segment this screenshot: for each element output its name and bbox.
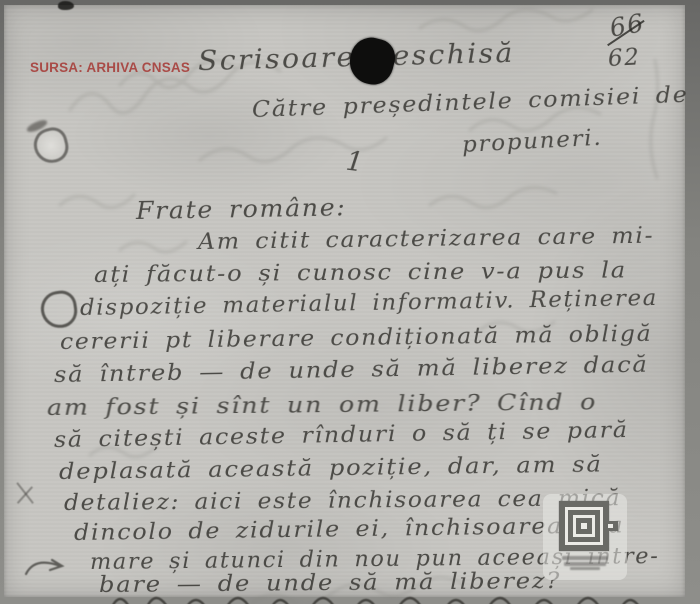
logo-center-dot	[581, 523, 587, 529]
nested-squares-archive-logo	[559, 501, 609, 551]
watermark-caption-illegible	[562, 556, 608, 560]
body-line: detaliez: aici este închisoarea cea mică	[64, 486, 621, 516]
source-stamp-label: SURSA: ARHIVA CNSAS	[30, 60, 190, 75]
page-number-current: 62	[607, 44, 641, 72]
salutation: Frate române:	[136, 193, 347, 225]
page-marker: 1	[344, 146, 367, 179]
body-line: ați făcut-o și cunosc cine v-a pus la	[94, 258, 627, 288]
ink-speck	[58, 1, 74, 10]
scanned-letter-photo: SURSA: ARHIVA CNSAS 66 62 Scrisoare desc…	[0, 0, 700, 604]
watermark-caption-illegible	[570, 567, 600, 570]
archive-watermark	[543, 494, 627, 580]
body-line: bare — de unde să mă liberez?	[99, 569, 561, 598]
watermark-caption-illegible	[564, 562, 606, 566]
logo-notch	[604, 521, 618, 531]
page-number-crossed-out: 66	[607, 8, 647, 43]
